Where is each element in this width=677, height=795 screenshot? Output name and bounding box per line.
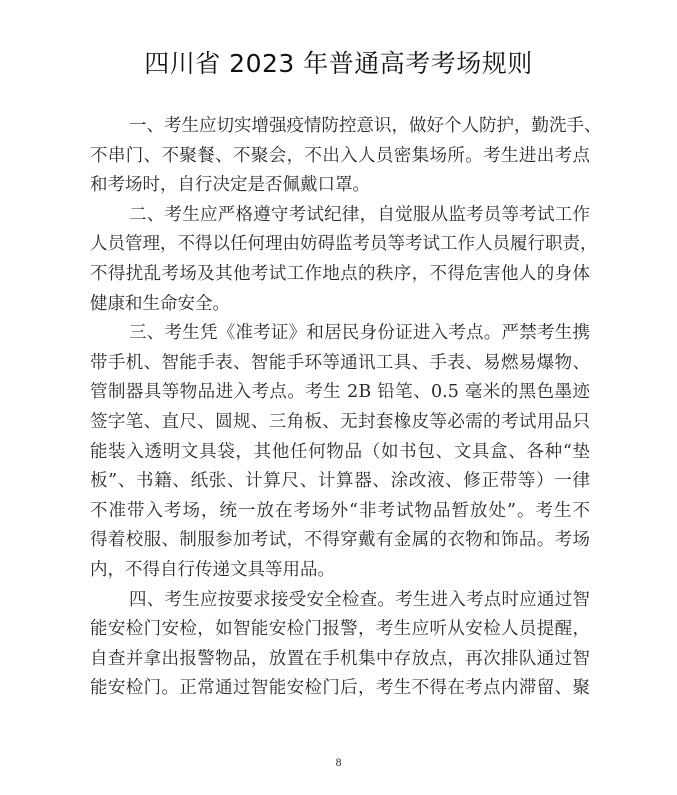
paragraph-4: 四、考生应按要求接受安全检查。考生进入考点时应通过智 能安检门安检，如智能安检门… — [90, 586, 590, 704]
text-line: 能安检门安检，如智能安检门报警，考生应听从安检人员提醒， — [90, 615, 590, 645]
text-line: 和考场时，自行决定是否佩戴口罩。 — [90, 171, 590, 201]
text-line: 三、考生凭《准考证》和居民身份证进入考点。严禁考生携 — [90, 319, 590, 349]
text-line: 二、考生应严格遵守考试纪律，自觉服从监考员等考试工作 — [90, 201, 590, 231]
document-page: 四川省 2023 年普通高考考场规则 一、考生应切实增强疫情防控意识，做好个人防… — [0, 0, 677, 795]
text-line: 签字笔、直尺、圆规、三角板、无封套橡皮等必需的考试用品只 — [90, 408, 590, 438]
text-line: 管制器具等物品进入考点。考生 2B 铅笔、0.5 毫米的黑色墨迹 — [90, 378, 590, 408]
text-line: 内，不得自行传递文具等用品。 — [90, 556, 590, 586]
text-line: 不准带入考场，统一放在考场外“非考试物品暂放处”。考生不 — [90, 497, 590, 527]
text-line: 板”、书籍、纸张、计算尺、计算器、涂改液、修正带等）一律 — [90, 467, 590, 497]
text-line: 得着校服、制服参加考试，不得穿戴有金属的衣物和饰品。考场 — [90, 526, 590, 556]
text-line: 能安检门。正常通过智能安检门后，考生不得在考点内滞留、聚 — [90, 674, 590, 704]
text-line: 带手机、智能手表、智能手环等通讯工具、手表、易燃易爆物、 — [90, 349, 590, 379]
text-line: 一、考生应切实增强疫情防控意识，做好个人防护，勤洗手、 — [90, 112, 590, 142]
text-line: 四、考生应按要求接受安全检查。考生进入考点时应通过智 — [90, 586, 590, 616]
text-line: 不串门、不聚餐、不聚会，不出入人员密集场所。考生进出考点 — [90, 142, 590, 172]
paragraph-2: 二、考生应严格遵守考试纪律，自觉服从监考员等考试工作 人员管理，不得以任何理由妨… — [90, 201, 590, 319]
text-line: 人员管理，不得以任何理由妨碍监考员等考试工作人员履行职责， — [90, 230, 590, 260]
page-number: 8 — [0, 758, 677, 769]
document-body: 一、考生应切实增强疫情防控意识，做好个人防护，勤洗手、 不串门、不聚餐、不聚会，… — [90, 112, 590, 704]
document-title: 四川省 2023 年普通高考考场规则 — [0, 46, 677, 82]
text-line: 健康和生命安全。 — [90, 290, 590, 320]
text-line: 不得扰乱考场及其他考试工作地点的秩序，不得危害他人的身体 — [90, 260, 590, 290]
text-line: 能装入透明文具袋，其他任何物品（如书包、文具盒、各种“垫 — [90, 438, 590, 468]
paragraph-1: 一、考生应切实增强疫情防控意识，做好个人防护，勤洗手、 不串门、不聚餐、不聚会，… — [90, 112, 590, 201]
text-line: 自查并拿出报警物品，放置在手机集中存放点，再次排队通过智 — [90, 645, 590, 675]
paragraph-3: 三、考生凭《准考证》和居民身份证进入考点。严禁考生携 带手机、智能手表、智能手环… — [90, 319, 590, 585]
